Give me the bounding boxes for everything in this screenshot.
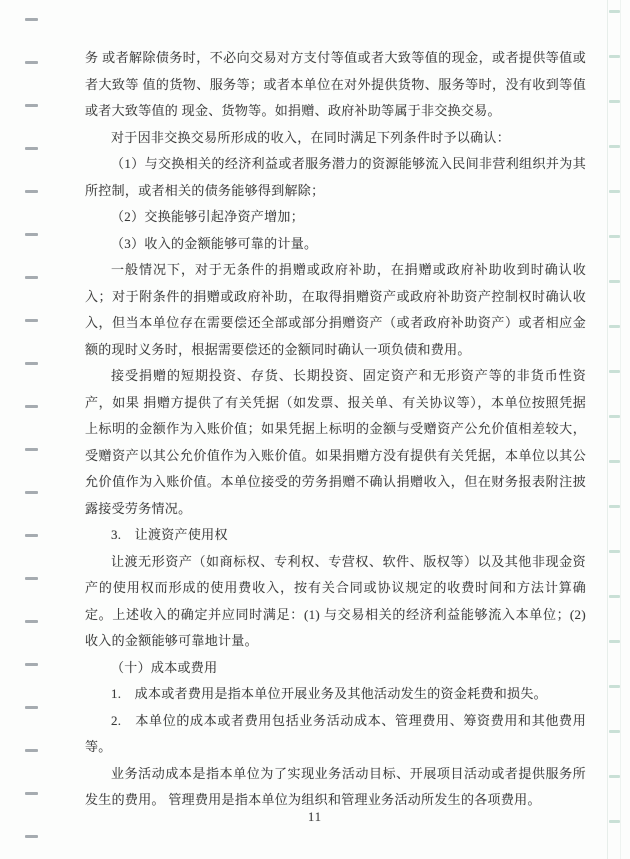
edge-mark <box>25 491 38 494</box>
paragraph: 对于因非交换交易所形成的收入，在同时满足下列条件时予以确认： <box>85 125 586 152</box>
edge-mark <box>25 362 38 365</box>
edge-mark <box>609 100 620 103</box>
edge-mark <box>609 10 620 13</box>
edge-mark <box>609 235 620 238</box>
edge-mark <box>609 685 620 688</box>
edge-mark <box>609 775 620 778</box>
scanner-edge-line <box>607 0 608 859</box>
scanner-edge-line <box>620 0 621 859</box>
paragraph: （十）成本或费用 <box>85 655 586 682</box>
edge-mark <box>25 190 38 193</box>
paragraph: 一般情况下，对于无条件的捐赠或政府补助，在捐赠或政府补助收到时确认收入；对于附条… <box>85 257 586 363</box>
edge-mark <box>609 145 620 148</box>
edge-mark <box>609 370 620 373</box>
edge-mark <box>25 792 38 795</box>
paragraph: 业务活动成本是指本单位为了实现业务活动目标、开展项目活动或者提供服务所发生的费用… <box>85 761 586 814</box>
edge-mark <box>609 595 620 598</box>
edge-mark <box>25 405 38 408</box>
edge-mark <box>609 55 620 58</box>
edge-mark <box>25 835 38 838</box>
paragraph: （1）与交换相关的经济利益或者服务潜力的资源能够流入民间非营利组织并为其所控制，… <box>85 151 586 204</box>
edge-mark <box>25 276 38 279</box>
edge-mark <box>609 730 620 733</box>
edge-mark <box>609 505 620 508</box>
paragraph: （2）交换能够引起净资产增加； <box>85 204 586 231</box>
page-number: 11 <box>0 810 630 825</box>
document-body: 务 或者解除债务时，不必向交易对方支付等值或者大致等值的现金，或者提供等值或者大… <box>85 45 586 814</box>
paragraph: （3）收入的金额能够可靠的计量。 <box>85 231 586 258</box>
scanned-document-page: 务 或者解除债务时，不必向交易对方支付等值或者大致等值的现金，或者提供等值或者大… <box>0 0 630 859</box>
edge-mark <box>25 534 38 537</box>
edge-mark <box>25 18 38 21</box>
edge-mark <box>609 280 620 283</box>
edge-mark <box>609 415 620 418</box>
edge-mark <box>609 190 620 193</box>
edge-mark <box>25 663 38 666</box>
paragraph: 务 或者解除债务时，不必向交易对方支付等值或者大致等值的现金，或者提供等值或者大… <box>85 45 586 125</box>
edge-mark <box>25 577 38 580</box>
paragraph: 2. 本单位的成本或者费用包括业务活动成本、管理费用、筹资费用和其他费用等。 <box>85 708 586 761</box>
edge-mark <box>609 640 620 643</box>
edge-mark <box>25 233 38 236</box>
paragraph: 接受捐赠的短期投资、存货、长期投资、固定资产和无形资产等的非货币性资产，如果 捐… <box>85 363 586 522</box>
edge-mark <box>25 448 38 451</box>
paragraph: 1. 成本或者费用是指本单位开展业务及其他活动发生的资金耗费和损失。 <box>85 681 586 708</box>
edge-mark <box>25 620 38 623</box>
edge-mark <box>25 147 38 150</box>
paragraph: 让渡无形资产（如商标权、专利权、专营权、软件、版权等）以及其他非现金资产的使用权… <box>85 549 586 655</box>
edge-mark <box>25 61 38 64</box>
edge-mark <box>25 104 38 107</box>
paragraph: 3. 让渡资产使用权 <box>85 522 586 549</box>
edge-mark <box>609 460 620 463</box>
edge-mark <box>25 319 38 322</box>
edge-mark <box>609 325 620 328</box>
edge-mark <box>25 706 38 709</box>
edge-mark <box>609 550 620 553</box>
edge-mark <box>25 749 38 752</box>
